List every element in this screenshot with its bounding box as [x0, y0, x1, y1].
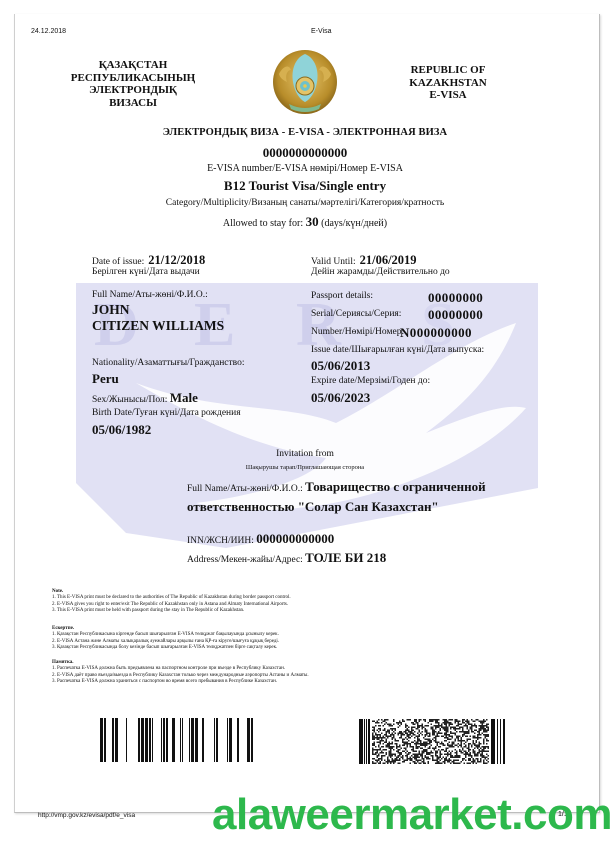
inviter-address: Address/Мекен-жайы/Адрес: ТОЛЕ БИ 218 [187, 550, 386, 566]
address-label: Address/Мекен-жайы/Адрес: [187, 555, 303, 565]
notes-russian: Памятка. 1. Распечатка E-VISA должна быт… [52, 660, 472, 685]
sex-field: Sex/Жынысы/Пол: Male [92, 390, 198, 406]
valid-until-label: Valid Until: [311, 257, 356, 267]
issuer-kz-line: РЕСПУБЛИКАСЫНЫҢ [48, 72, 218, 85]
birth-date-label: Birth Date/Туған күні/Дата рождения [92, 408, 241, 418]
visa-category-label: Category/Multiplicity/Визаның санаты/мәр… [0, 198, 610, 208]
footer-url: http://vmp.gov.kz/evisa/pdf/e_visa [38, 812, 135, 819]
visa-number: 0000000000000 [0, 145, 610, 161]
passport-number-value: N000000000 [400, 325, 472, 341]
allowed-stay: Allowed to stay for: 30 (days/күн/дней) [0, 214, 610, 230]
inviter-name: Full Name/Аты-жөні/Ф.И.О.: Товарищество … [187, 478, 487, 518]
nationality-value: Peru [92, 371, 119, 387]
sex-label: Sex/Жынысы/Пол: [92, 395, 167, 405]
issuer-english: REPUBLIC OF KAZAKHSTAN E-VISA [388, 64, 508, 102]
passport-issue-value: 05/06/2013 [311, 358, 370, 374]
site-watermark: alaweermarket.com [212, 790, 610, 840]
inn-label: INN/ЖСН/ИИН: [187, 536, 254, 546]
passport-expire-value: 05/06/2023 [311, 390, 370, 406]
issuer-kz-line: ВИЗАСЫ [48, 97, 218, 110]
stay-value: 30 [306, 214, 319, 229]
print-date: 24.12.2018 [31, 28, 66, 35]
passport-details-label: Passport details: [311, 291, 373, 301]
stay-label: Allowed to stay for: [223, 218, 303, 229]
inn-value: 000000000000 [256, 531, 334, 546]
invitation-subtitle: Шақырушы тарап/Приглашающая сторона [0, 464, 610, 471]
pdf417-barcode [359, 719, 506, 764]
address-value: ТОЛЕ БИ 218 [305, 550, 386, 565]
issue-date-sublabel: Берілген күні/Дата выдачи [92, 267, 200, 277]
issue-date-value: 21/12/2018 [148, 253, 205, 267]
passport-number-label: Number/Нөмірі/Номер: [311, 327, 404, 337]
issuer-en-line: KAZAKHSTAN [388, 77, 508, 90]
visa-number-label: E-VISA number/E-VISA нөмірі/Номер E-VISA [0, 163, 610, 174]
birth-date-value: 05/06/1982 [92, 422, 151, 438]
valid-until-value: 21/06/2019 [360, 253, 417, 267]
issuer-kz-line: ЭЛЕКТРОНДЫҚ [48, 84, 218, 97]
inviter-name-label: Full Name/Аты-жөні/Ф.И.О.: [187, 484, 303, 494]
linear-barcode [98, 718, 253, 762]
valid-until-sublabel: Дейін жарамды/Действительно до [311, 267, 450, 277]
passport-issue-label: Issue date/Шығарылған күні/Дата выпуска: [311, 345, 484, 355]
issuer-en-line: E-VISA [388, 89, 508, 102]
passport-details-value: 00000000 [428, 290, 483, 306]
visa-category: B12 Tourist Visa/Single entry [0, 178, 610, 194]
notes-kazakh: Ескертпе. 1. Қазақстан Республикасына кі… [52, 626, 472, 651]
passport-serial-value: 00000000 [428, 307, 483, 323]
holder-last-names: CITIZEN WILLIAMS [92, 318, 224, 334]
holder-first-name: JOHN [92, 302, 130, 318]
nationality-label: Nationality/Азаматтығы/Гражданство: [92, 358, 244, 368]
note-item: 3. Распечатка E-VISA должна храниться с … [52, 679, 472, 685]
passport-expire-label: Expire date/Мерзімі/Годен до: [311, 376, 430, 386]
issuer-kazakh: ҚАЗАҚСТАН РЕСПУБЛИКАСЫНЫҢ ЭЛЕКТРОНДЫҚ ВИ… [48, 59, 218, 109]
full-name-label: Full Name/Аты-жөні/Ф.И.О.: [92, 290, 208, 300]
invitation-title: Invitation from [0, 449, 610, 459]
passport-serial-label: Serial/Сериясы/Серия: [311, 309, 401, 319]
inviter-inn: INN/ЖСН/ИИН: 000000000000 [187, 531, 334, 547]
issuer-kz-line: ҚАЗАҚСТАН [48, 59, 218, 72]
stay-unit: (days/күн/дней) [321, 218, 387, 229]
state-emblem-icon [269, 48, 341, 116]
issuer-en-line: REPUBLIC OF [388, 64, 508, 77]
notes-english: Note. 1. This E-VISA print must be decla… [52, 589, 472, 614]
sex-value: Male [170, 390, 198, 405]
note-item: 3. This E-VISA print must be held with p… [52, 608, 472, 614]
print-title: E-Visa [311, 28, 332, 35]
note-item: 3. Қазақстан Республикасында болу кезінд… [52, 645, 472, 651]
document-title: ЭЛЕКТРОНДЫҚ ВИЗА - E-VISA - ЭЛЕКТРОННАЯ … [0, 127, 610, 138]
issue-date-label: Date of issue: [92, 257, 144, 267]
